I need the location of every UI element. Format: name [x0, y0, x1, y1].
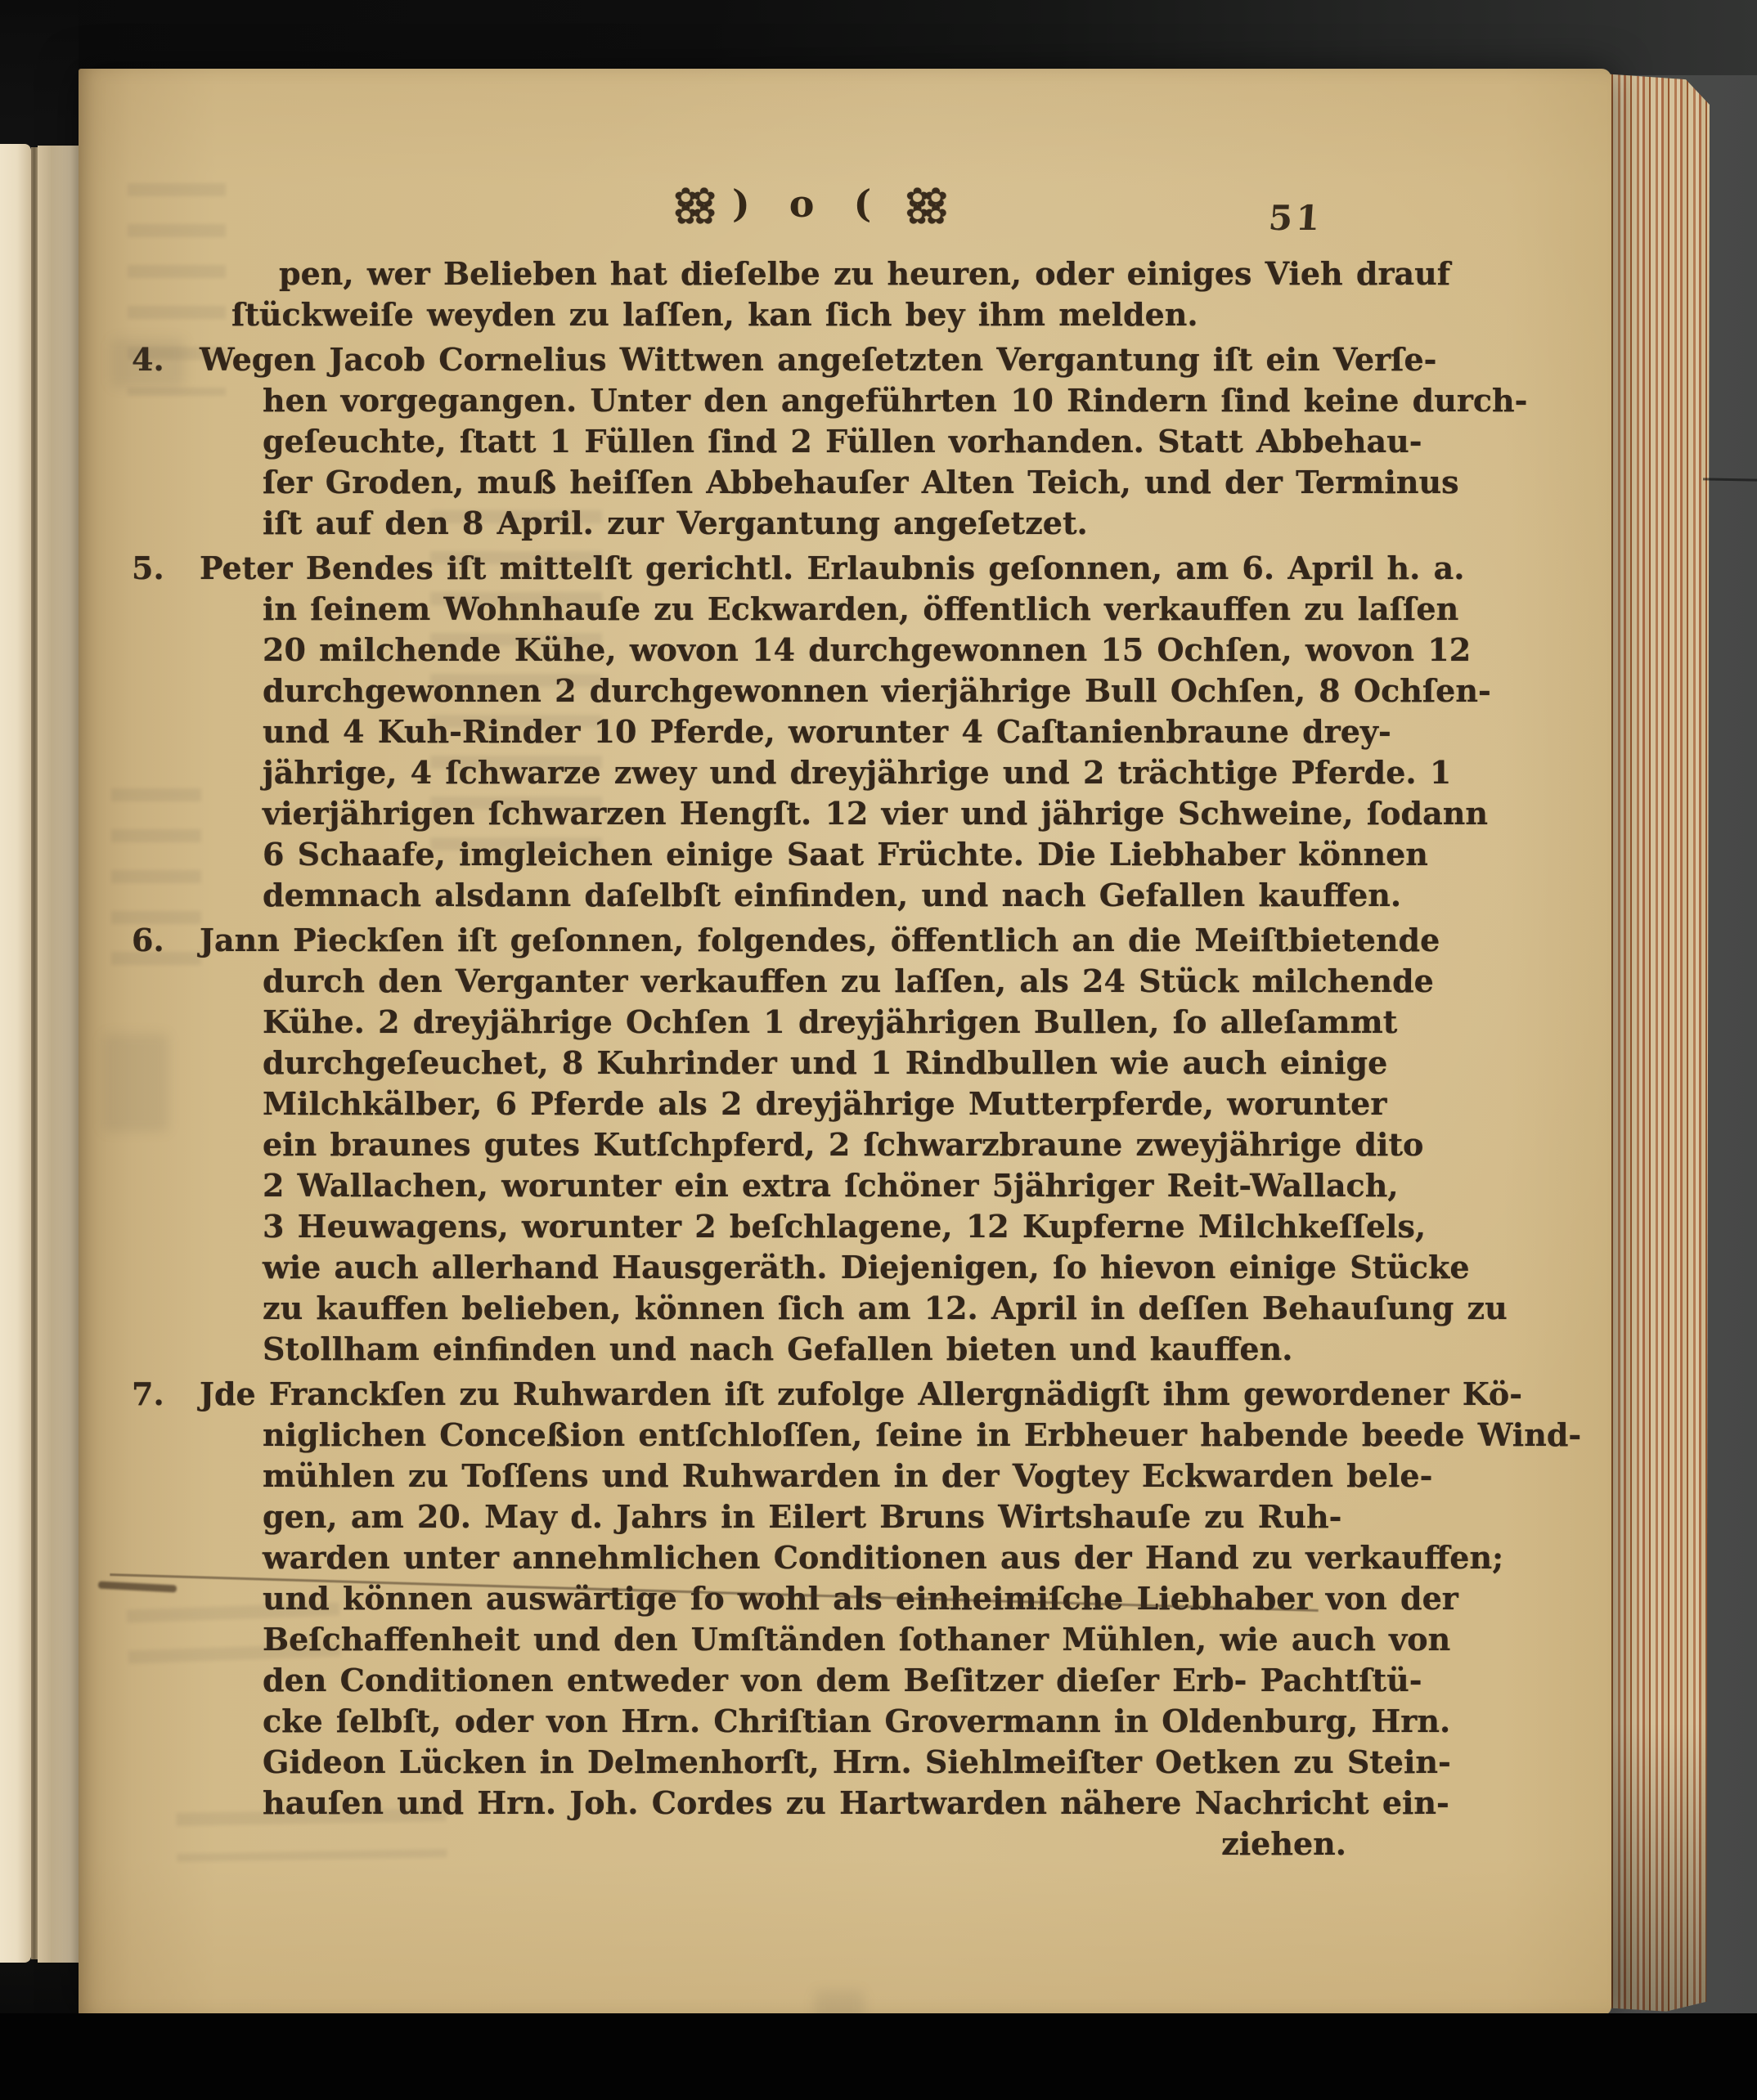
paragraph-item-5: 5.Peter Bendes iſt mittelſt gerichtl. Er… [263, 548, 1404, 916]
page-number: 51 [1267, 198, 1324, 238]
paragraph-item-6: 6.Jann Pieckſen iſt geſonnen, folgendes,… [263, 920, 1404, 1370]
header-ornament-group: ✿✿✿✿ ) o ( ✿✿✿✿ [674, 185, 942, 229]
text-line: 3 Heuwagens, worunter 2 beſchlagene, 12 … [263, 1206, 1404, 1247]
item-number: 7. [132, 1374, 164, 1415]
text-line: Wegen Jacob Cornelius Wittwen angeſetzte… [200, 339, 1404, 380]
text-line: vierjährigen ſchwarzen Hengſt. 12 vier u… [263, 793, 1404, 834]
fore-edge-page-stack [1602, 74, 1710, 2013]
text-line: cke ſelbſt, oder von Hrn. Chriſtian Grov… [263, 1701, 1404, 1742]
text-line: Beſchaffenheit und den Umſtänden ſothane… [263, 1619, 1404, 1660]
paragraph-continuation: pen, wer Belieben hat dieſelbe zu heuren… [231, 254, 1373, 335]
text-line: und 4 Kuh-Rinder 10 Pferde, worunter 4 C… [263, 711, 1404, 752]
text-line: Kühe. 2 dreyjährige Ochſen 1 dreyjährige… [263, 1002, 1404, 1043]
text-line: hauſen und Hrn. Joh. Cordes zu Hartwarde… [263, 1783, 1404, 1824]
text-line: ſer Groden, muß heiſſen Abbehauſer Alten… [263, 462, 1404, 503]
page-text: pen, wer Belieben hat dieſelbe zu heuren… [79, 254, 1611, 1864]
text-line: Milchkälber, 6 Pferde als 2 dreyjährige … [263, 1084, 1404, 1124]
text-line: mühlen zu Toſſens und Ruhwarden in der V… [263, 1456, 1404, 1496]
text-line: jährige, 4 ſchwarze zwey und dreyjährige… [263, 752, 1404, 793]
book-page: ✿✿✿✿ ) o ( ✿✿✿✿ 51 pen, wer Belieben hat… [79, 69, 1611, 2015]
text-line: ziehen. [263, 1824, 1404, 1864]
paragraph-item-4: 4.Wegen Jacob Cornelius Wittwen angeſetz… [263, 339, 1404, 544]
item-number: 5. [132, 548, 164, 589]
header-center-mark: ) o ( [732, 182, 884, 226]
margin-smudge [103, 1034, 169, 1132]
text-line: warden unter annehmlichen Conditionen au… [263, 1537, 1404, 1578]
text-line: Gideon Lücken in Delmenhorſt, Hrn. Siehl… [263, 1742, 1404, 1783]
text-line: Jde Franckſen zu Ruhwarden iſt zufolge A… [200, 1374, 1404, 1415]
text-line: Peter Bendes iſt mittelſt gerichtl. Erla… [200, 548, 1404, 589]
text-line: 2 Wallachen, worunter ein extra ſchöner … [263, 1165, 1404, 1206]
text-line: ſtückweiſe weyden zu laſſen, kan ſich be… [231, 294, 1373, 335]
paragraph-item-7: 7.Jde Franckſen zu Ruhwarden iſt zufolge… [263, 1374, 1404, 1864]
text-line: pen, wer Belieben hat dieſelbe zu heuren… [279, 254, 1373, 294]
previous-page-edge [0, 144, 31, 1963]
text-line: durchgeſeuchet, 8 Kuhrinder und 1 Rindbu… [263, 1043, 1404, 1084]
text-line: niglichen Conceßion entſchloſſen, ſeine … [263, 1415, 1404, 1456]
text-line: demnach alsdann daſelbſt einfinden, und … [263, 875, 1404, 916]
margin-smudge [111, 339, 185, 388]
text-line: ein braunes gutes Kutſchpferd, 2 ſchwarz… [263, 1124, 1404, 1165]
text-line: den Conditionen entweder von dem Beſitze… [263, 1660, 1404, 1701]
rosette-ornament-icon: ✿✿✿✿ [674, 190, 711, 224]
gutter-crease [31, 147, 38, 1959]
gutter-fold [38, 146, 79, 1963]
book-photo: ✿✿✿✿ ) o ( ✿✿✿✿ 51 pen, wer Belieben hat… [0, 0, 1757, 2100]
text-line: zu kauffen belieben, können ſich am 12. … [263, 1288, 1404, 1329]
text-line: durch den Verganter verkauffen zu laſſen… [263, 961, 1404, 1002]
text-line: 6 Schaafe, imgleichen einige Saat Frücht… [263, 834, 1404, 875]
photo-background-top [0, 0, 1757, 75]
rosette-ornament-icon: ✿✿✿✿ [905, 190, 942, 224]
text-line: gen, am 20. May d. Jahrs in Eilert Bruns… [263, 1496, 1404, 1537]
text-line: iſt auf den 8 April. zur Vergantung ange… [263, 503, 1404, 544]
text-line: in ſeinem Wohnhauſe zu Eckwarden, öffent… [263, 589, 1404, 630]
text-line: Stollham einfinden und nach Gefallen bie… [263, 1329, 1404, 1370]
text-line: hen vorgegangen. Unter den angeführten 1… [263, 380, 1404, 421]
photo-background-bottom [0, 2013, 1757, 2100]
text-line: durchgewonnen 2 durchgewonnen vierjährig… [263, 671, 1404, 711]
item-number: 6. [132, 920, 164, 961]
text-line: wie auch allerhand Hausgeräth. Diejenige… [263, 1247, 1404, 1288]
page-header: ✿✿✿✿ ) o ( ✿✿✿✿ 51 [79, 185, 1611, 258]
text-line: Jann Pieckſen iſt geſonnen, folgendes, ö… [200, 920, 1404, 961]
text-line: 20 milchende Kühe, wovon 14 durchgewonne… [263, 630, 1404, 671]
text-line: geſeuchte, ſtatt 1 Füllen ſind 2 Füllen … [263, 421, 1404, 462]
